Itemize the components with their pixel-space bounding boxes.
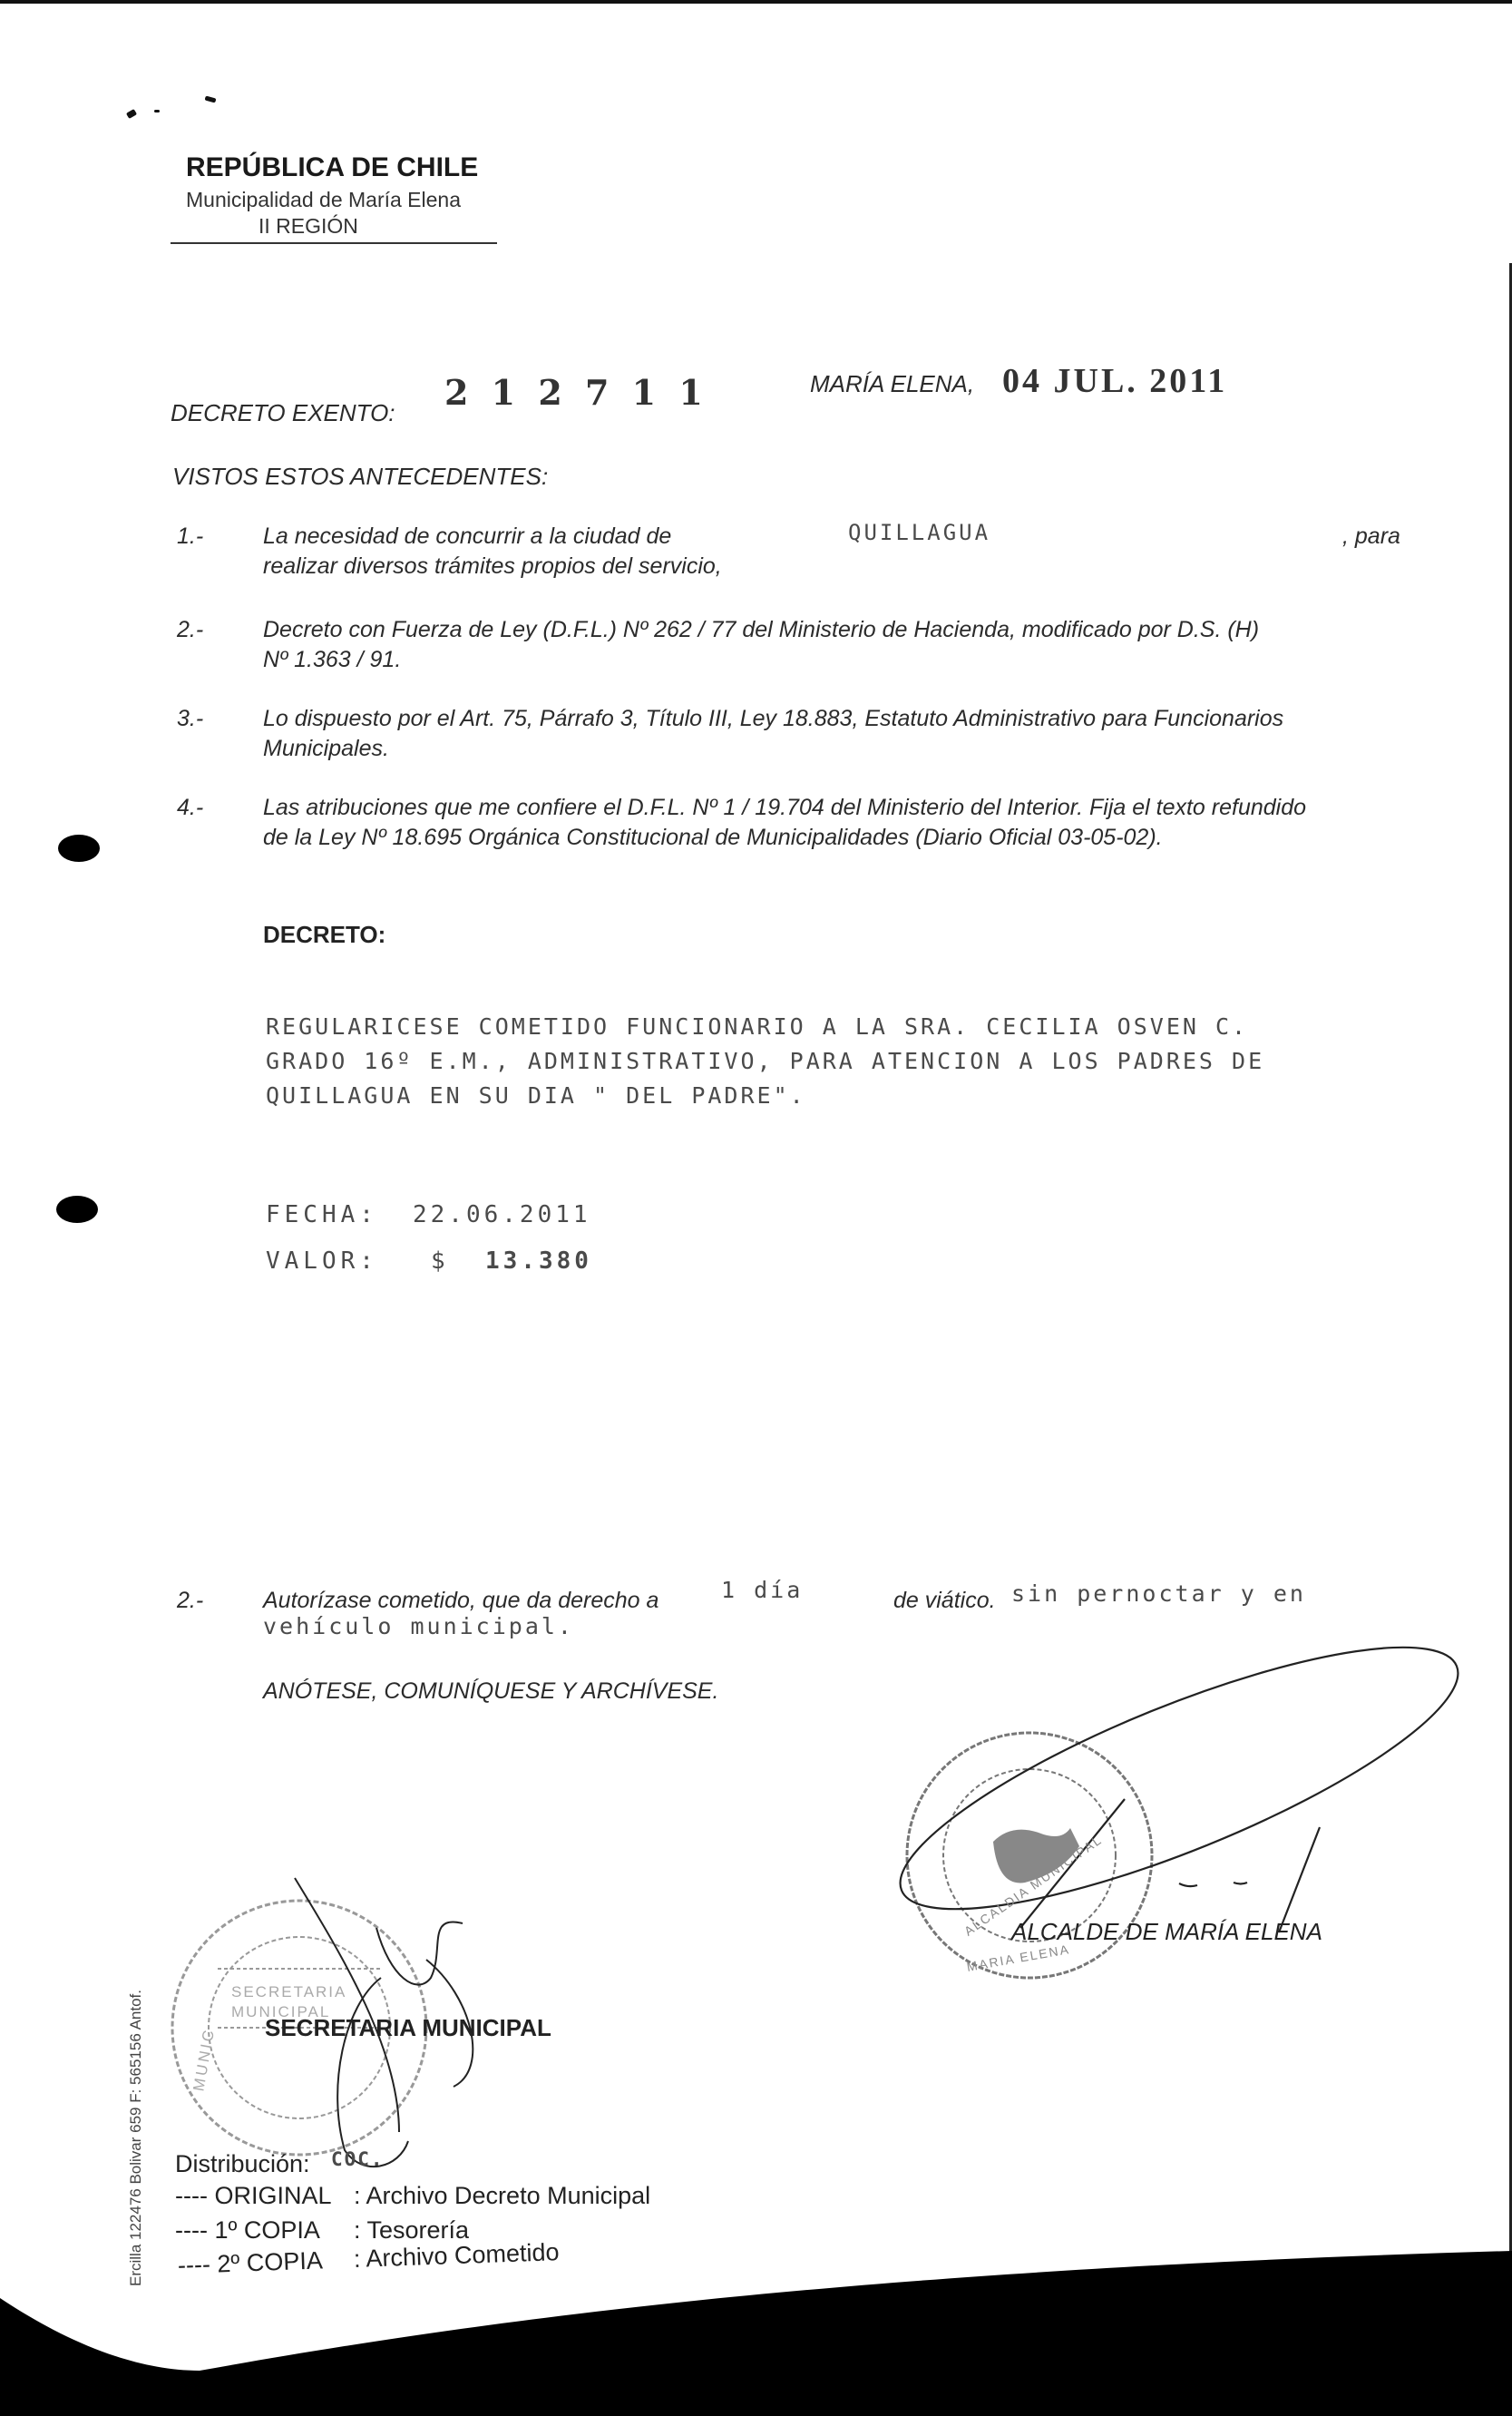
letterhead-title: REPÚBLICA DE CHILE	[186, 152, 478, 183]
scan-bottom-shadow	[0, 2235, 1512, 2416]
distribution-copy: ORIGINAL	[214, 2182, 331, 2209]
valor-currency: $	[431, 1247, 448, 1275]
vistos-item-text: La necesidad de concurrir a la ciudad de	[263, 523, 671, 550]
vistos-item-text: Nº 1.363 / 91.	[263, 647, 401, 673]
scan-speck	[205, 96, 217, 103]
letterhead-rule	[171, 242, 497, 244]
alcalde-signature-label: ALCALDE DE MARÍA ELENA	[1011, 1918, 1322, 1946]
vistos-item-text: de la Ley Nº 18.695 Orgánica Constitucio…	[263, 825, 1163, 851]
scan-speck	[154, 110, 160, 112]
viatico-label: de viático.	[893, 1588, 996, 1614]
decree-body-line: QUILLAGUA EN SU DIA " DEL PADRE".	[266, 1082, 806, 1109]
vistos-item-text: realizar diversos trámites propios del s…	[263, 553, 722, 580]
decree-body-line: GRADO 16º E.M., ADMINISTRATIVO, PARA ATE…	[266, 1048, 1264, 1074]
distribution-destination: : Archivo Decreto Municipal	[354, 2182, 650, 2210]
place-label: MARÍA ELENA,	[810, 370, 974, 398]
scan-top-edge	[0, 0, 1512, 4]
distribution-label: Distribución:	[175, 2150, 310, 2178]
distribution-prefix: ----	[175, 2182, 208, 2209]
viatico-days: 1 día	[721, 1577, 803, 1603]
decreto-heading: DECRETO:	[263, 921, 385, 949]
authorization-typed-tail: sin pernoctar y en	[1011, 1580, 1306, 1607]
vistos-item-number: 4.-	[177, 795, 203, 821]
destination-city: QUILLAGUA	[848, 520, 990, 545]
vistos-item-text: Municipales.	[263, 736, 389, 762]
authorization-text: Autorízase cometido, que da derecho a	[263, 1588, 658, 1614]
letterhead-region: II REGIÓN	[259, 214, 358, 239]
authorization-number: 2.-	[177, 1588, 203, 1614]
authorization-typed-line: vehículo municipal.	[263, 1613, 574, 1639]
secretaria-signature-label: SECRETARIA MUNICIPAL	[265, 2014, 551, 2042]
punch-hole	[56, 1196, 98, 1223]
decree-number: 2 1 2 7 1 1	[444, 372, 708, 413]
decree-body-line: REGULARICESE COMETIDO FUNCIONARIO A LA S…	[266, 1013, 1248, 1040]
fecha-value: 22.06.2011	[413, 1201, 591, 1228]
vistos-item-number: 1.-	[177, 523, 203, 550]
fecha-label: FECHA:	[266, 1201, 378, 1228]
punch-hole	[58, 835, 100, 862]
decree-label: DECRETO EXENTO:	[171, 399, 395, 427]
letterhead-municipality: Municipalidad de María Elena	[186, 188, 461, 212]
vistos-item-text: Lo dispuesto por el Art. 75, Párrafo 3, …	[263, 706, 1283, 732]
distribution-row: ---- ORIGINAL	[175, 2182, 332, 2210]
vistos-item-number: 3.-	[177, 706, 203, 732]
vistos-item-text: , para	[1342, 523, 1400, 550]
valor-label: VALOR:	[266, 1247, 378, 1275]
vistos-heading: VISTOS ESTOS ANTECEDENTES:	[172, 463, 548, 491]
alcaldia-stamp-ring-text: MARIA ELENA	[965, 1942, 1070, 1974]
typist-initials: COC.	[331, 2148, 385, 2170]
vistos-item-text: Decreto con Fuerza de Ley (D.F.L.) Nº 26…	[263, 617, 1259, 643]
closing-formula: ANÓTESE, COMUNÍQUESE Y ARCHÍVESE.	[263, 1678, 718, 1705]
scan-speck	[126, 109, 137, 119]
secretaria-stamp-ring-text: MUNIC	[190, 2026, 219, 2092]
valor-amount: 13.380	[485, 1247, 592, 1275]
vistos-item-text: Las atribuciones que me confiere el D.F.…	[263, 795, 1306, 821]
date-stamp: 04 JUL. 2011	[1002, 361, 1227, 401]
vistos-item-number: 2.-	[177, 617, 203, 643]
stamps-and-signatures	[0, 0, 1512, 2416]
alcalde-signature	[874, 1599, 1484, 1958]
